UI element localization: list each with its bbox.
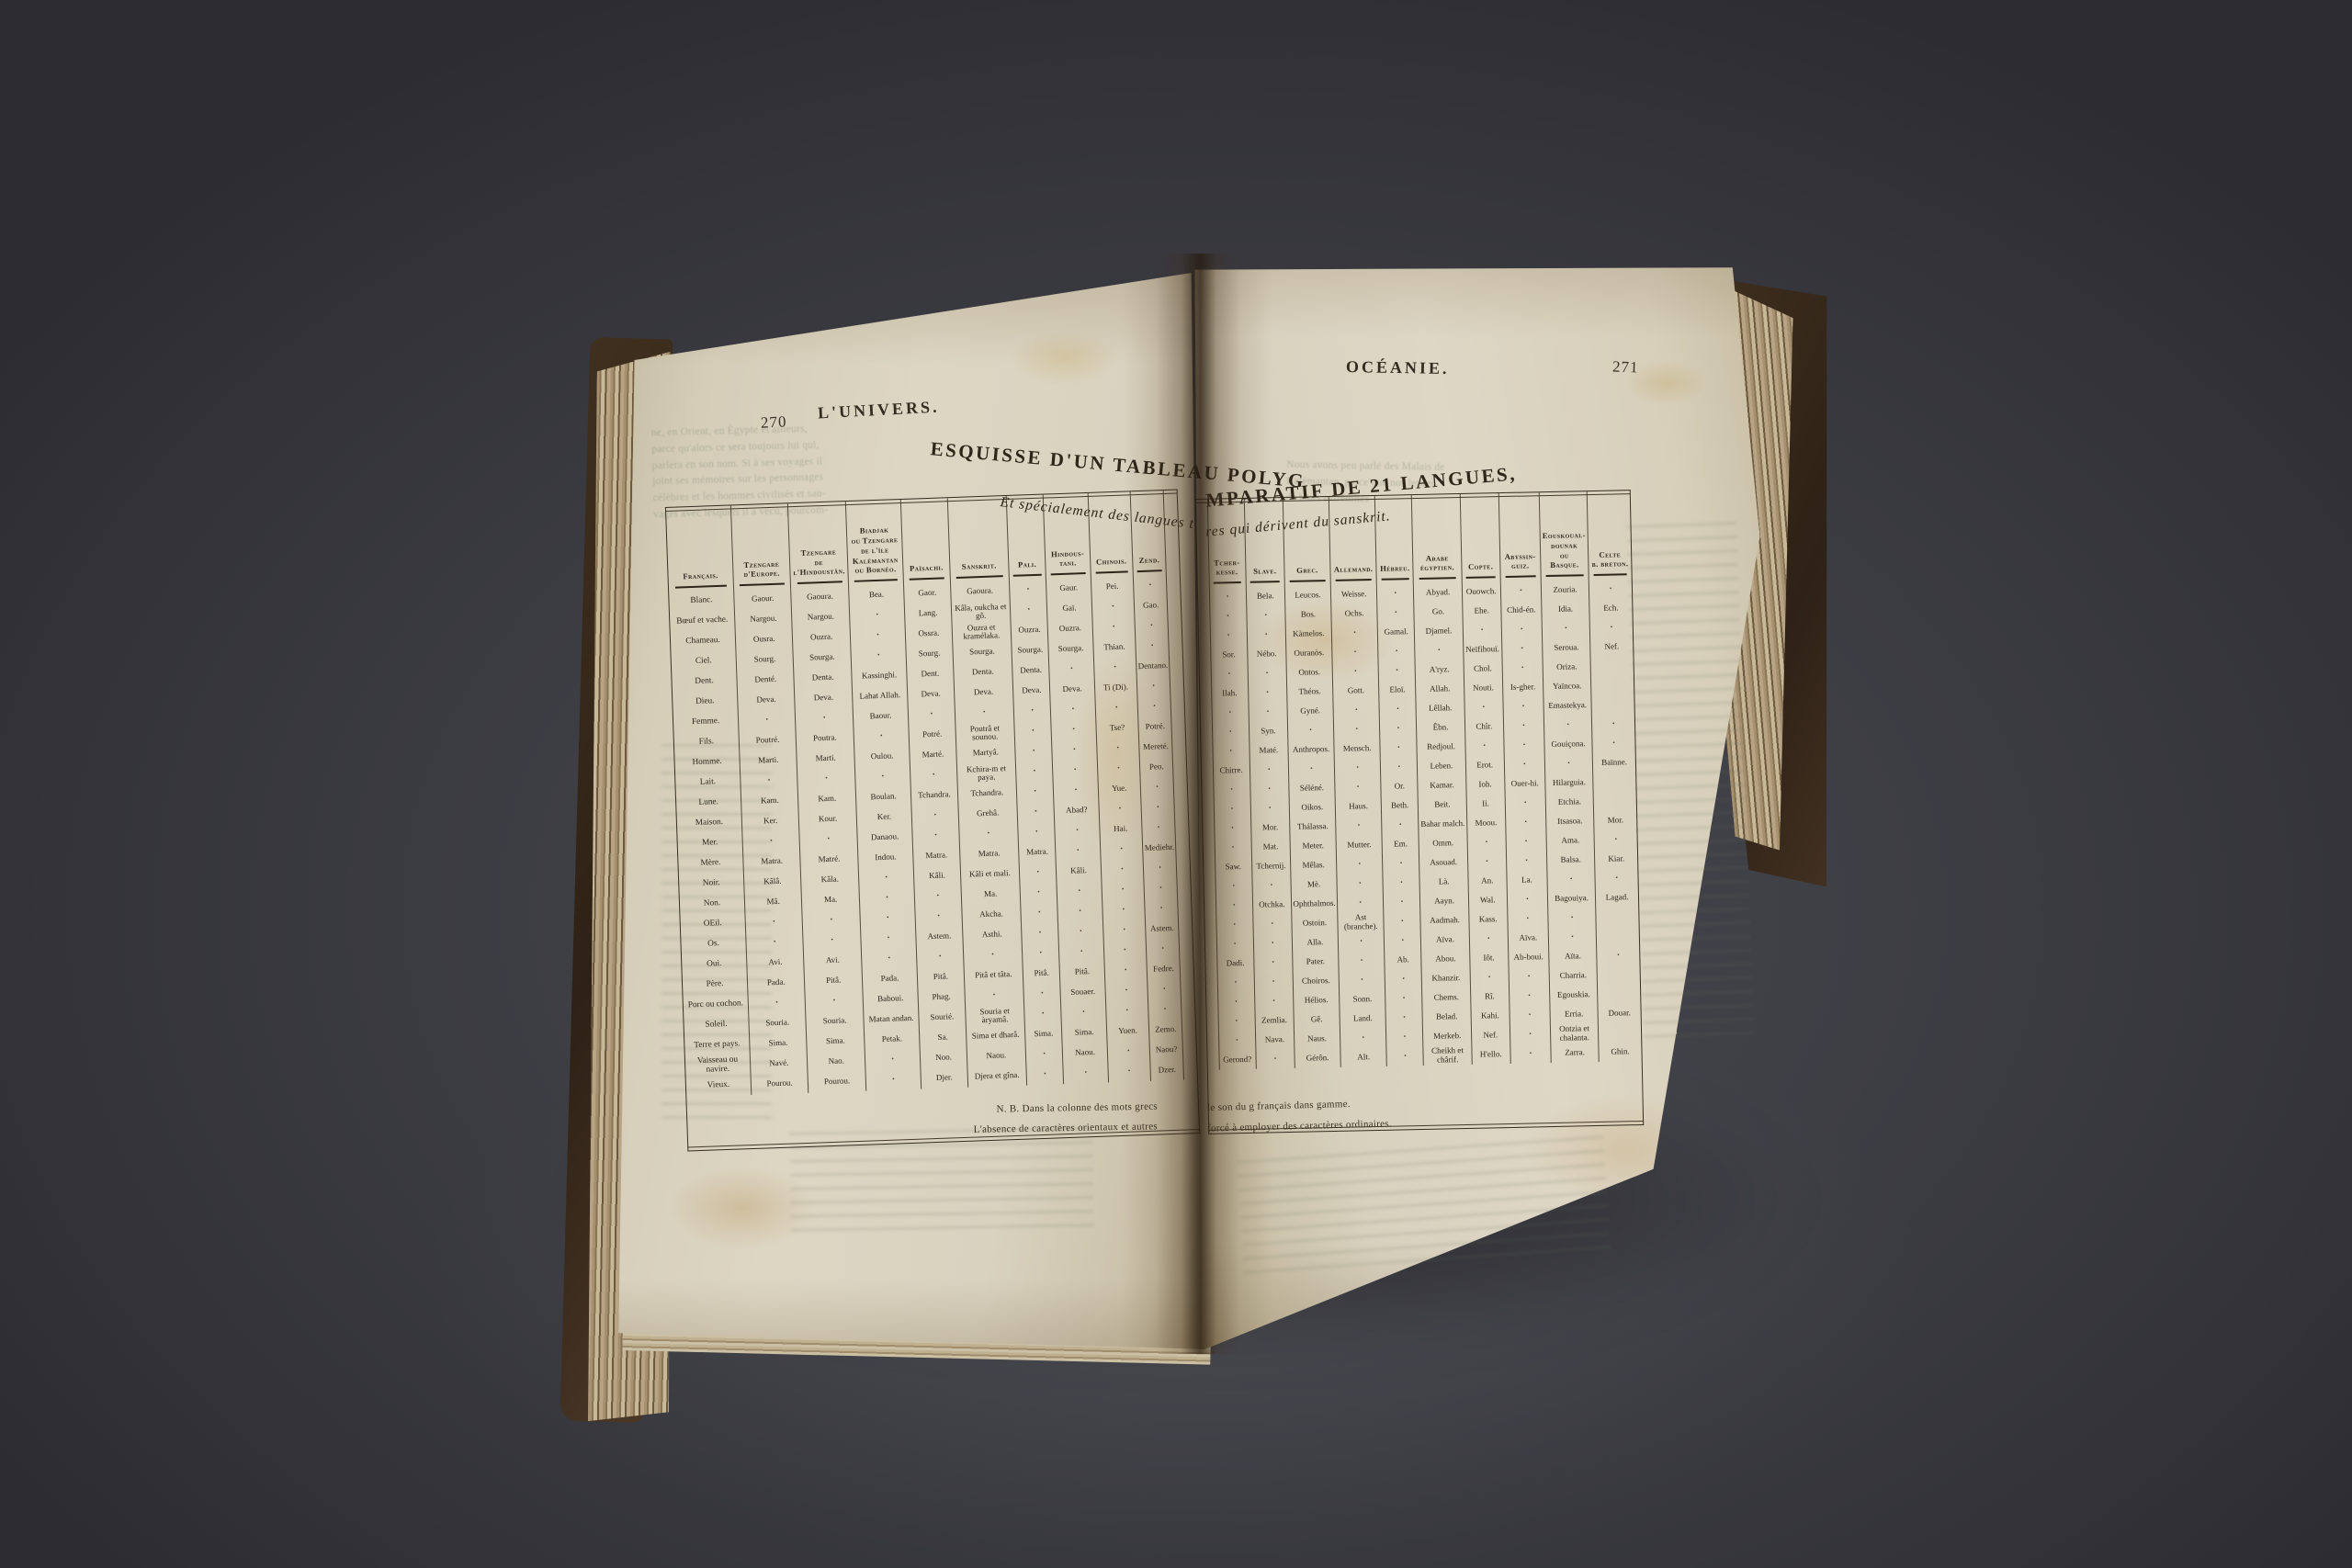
word-cell: • [958,823,1018,845]
word-cell [1199,626,1210,646]
word-cell: • [1144,878,1178,899]
word-cell [1169,635,1182,655]
word-cell: • [1544,753,1593,773]
word-cell: • [1058,921,1103,943]
column-header-right-2: Tcher- kesse. [1207,499,1246,588]
word-cell: • [1336,816,1383,836]
word-cell [1593,772,1636,792]
word-cell: • [742,830,800,852]
word-cell: Tse? [1095,717,1138,739]
word-cell: • [1216,934,1254,954]
word-cell: • [1055,820,1100,842]
word-cell [1203,800,1214,819]
word-cell: Nargou. [734,608,792,630]
word-cell: • [1017,801,1055,822]
word-cell: Kchira-m et paya. [956,762,1016,784]
word-cell: • [1337,874,1384,894]
word-cell [1205,954,1216,974]
word-cell: Ab-boui. [1508,947,1549,967]
word-cell [1182,1019,1196,1039]
row-label: Porc ou cochon. [684,994,749,1016]
word-cell [1173,776,1187,796]
word-cell: • [741,770,798,792]
column-header-right-8: Copte. [1460,493,1500,582]
word-cell: Ti (Di). [1094,677,1137,699]
word-cell: Mat. [1251,837,1291,857]
word-cell: Yue. [1098,778,1141,800]
word-cell: • [1140,777,1174,798]
word-cell: • [1469,929,1509,949]
word-cell: Deva. [795,687,853,709]
word-cell: • [1133,575,1167,596]
word-cell: Deva. [737,689,795,711]
word-cell: Hélios. [1293,990,1340,1010]
word-cell: • [915,906,962,928]
word-cell: Indou. [857,847,913,869]
word-cell: • [1101,859,1144,881]
word-cell: Nef. [1590,637,1634,657]
word-cell: • [1383,873,1420,893]
word-cell: • [1016,781,1054,802]
word-cell: Gaoura. [950,581,1010,603]
word-cell: • [1104,960,1148,982]
word-cell [1179,918,1193,938]
row-label: Terre et pays. [684,1034,750,1056]
word-cell: • [1510,1043,1552,1064]
word-cell: Ma. [802,889,860,911]
word-cell: • [1470,967,1510,987]
word-cell: Aadmah. [1420,910,1469,931]
word-cell: Nava. [1255,1030,1295,1050]
word-cell: Ii. [1466,794,1506,814]
word-cell: • [1386,1046,1424,1066]
word-cell: Djer. [921,1067,967,1089]
word-cell: Sor. [1210,645,1248,665]
word-cell: Sima. [1024,1023,1062,1044]
word-cell: • [1381,757,1419,777]
word-cell: • [1216,915,1253,935]
right-page-number: 271 [1612,358,1639,378]
word-cell: Danaou. [857,827,913,849]
word-cell: • [1212,722,1249,742]
word-cell: Abyad. [1414,582,1463,603]
word-cell: Boulan. [855,786,911,808]
word-cell: Abou. [1421,949,1470,969]
word-cell: Denta. [953,661,1012,683]
word-cell: Nef. [1471,1025,1510,1045]
word-cell [1170,675,1183,695]
word-cell: Redjoul. [1417,737,1465,757]
word-cell: Dadi. [1216,953,1254,974]
word-cell: Pitâ et tâta. [964,964,1023,987]
word-cell: Séléné. [1289,778,1336,798]
word-cell: • [1212,741,1249,761]
word-cell: • [1053,780,1098,802]
word-cell: • [1510,1005,1551,1025]
word-cell: Sima. [750,1032,808,1055]
row-label: Fils. [674,731,740,753]
column-header-right-4: Grec. [1283,497,1330,586]
word-cell: • [1332,661,1379,682]
word-cell: Gérôn. [1295,1048,1341,1068]
word-cell: Ouzra et kramélaka. [952,621,1012,643]
word-cell: Alla. [1292,932,1339,953]
word-cell: Go. [1414,602,1463,622]
word-cell: Sourié. [919,1007,966,1029]
word-cell: Merkeb. [1423,1026,1472,1046]
word-cell: Baïnne. [1592,752,1635,773]
word-cell: Or. [1381,776,1419,796]
word-cell: • [1384,931,1421,951]
word-cell: Itsasoa. [1546,811,1595,831]
word-cell: Abad? [1054,800,1099,822]
row-label: Dieu. [673,691,738,713]
word-cell: Haus. [1335,796,1382,817]
word-cell: • [1542,618,1590,638]
column-header-right-10: Eouskoual- dounak ou Basque. [1539,491,1589,581]
word-cell: Martyâ. [955,742,1015,764]
word-cell: Kâli. [1057,861,1102,883]
word-cell [1168,615,1182,635]
row-label: Blanc. [669,590,734,612]
word-cell: • [1331,623,1378,643]
word-cell [1207,1051,1218,1070]
word-cell [1204,916,1216,935]
word-cell: Iôt. [1469,948,1509,968]
word-cell: • [1385,969,1422,989]
word-cell: Tchandra. [957,783,1017,805]
row-label: Lune. [676,792,741,814]
word-cell: • [1589,579,1632,599]
word-cell: Gouiçona. [1544,734,1593,754]
word-cell: • [861,948,917,970]
word-cell: Naou. [967,1045,1026,1067]
word-cell: • [1467,852,1507,872]
word-cell: Choiros. [1293,971,1340,991]
word-cell: Fedre. [1147,959,1181,980]
word-cell: • [1383,853,1420,874]
row-label: Os. [681,933,746,955]
word-cell: Sourga. [1048,638,1093,660]
word-cell: Em. [1382,834,1419,854]
word-cell: Pitâ. [805,970,863,992]
word-cell [1596,907,1639,927]
word-cell: Aayn. [1420,891,1469,911]
word-cell: Oriza. [1543,657,1591,677]
word-cell: • [796,707,854,729]
word-cell: • [1510,1024,1551,1044]
word-cell: Ehe. [1462,601,1501,621]
word-cell: Nargou. [792,606,850,628]
word-cell: • [1049,659,1094,681]
word-cell: Kour. [798,808,856,830]
word-cell: Weisse. [1330,584,1377,604]
word-cell [1204,839,1215,858]
row-label: Vieux. [686,1075,752,1097]
word-cell: Leucos. [1284,585,1331,605]
word-cell: Aïva. [1508,928,1549,948]
word-cell: Douar. [1598,1003,1641,1023]
row-label: Mère. [678,852,743,874]
word-cell: • [1214,818,1251,839]
word-cell: Souria. [806,1010,864,1032]
word-cell: • [1108,1061,1151,1083]
word-cell: Balsa. [1546,850,1595,870]
word-cell: • [1246,605,1285,626]
word-cell: Ech. [1589,598,1633,618]
word-cell: Ophthalmos. [1291,894,1338,914]
word-cell [1176,857,1190,877]
column-header-left-10: Zend. [1130,491,1166,576]
word-cell [1182,998,1195,1019]
column-header-left-1: Français. [666,505,734,592]
word-cell: • [1467,832,1507,852]
word-cell: • [1248,682,1287,703]
word-cell: • [1015,740,1053,761]
word-cell: Tchandra. [910,784,957,807]
column-header-left-2: Tzengare d'Europe. [730,503,791,590]
word-cell: • [1385,988,1423,1009]
word-cell: • [1063,1063,1108,1085]
word-cell: Meter. [1290,836,1337,856]
word-cell: • [1096,738,1139,760]
row-label: Maison. [677,812,742,834]
word-cell: • [1248,663,1287,683]
word-cell: Sourga. [1012,639,1049,660]
word-cell: • [1052,739,1097,761]
word-cell: Chirre. [1213,761,1250,781]
word-cell: Dzer. [1150,1060,1184,1081]
word-cell: Ousra. [735,628,793,650]
word-cell: Bagouiya. [1547,888,1596,908]
word-cell: Poutra. [796,728,854,750]
word-cell [1206,993,1217,1012]
word-cell: Ioh. [1465,774,1505,795]
column-header-right-9: Abyssin- guiz. [1498,492,1541,581]
word-cell: Akcha. [961,904,1021,926]
word-cell: Thian. [1092,637,1136,659]
word-cell: • [1380,718,1418,739]
word-cell: • [1213,780,1250,800]
word-cell: • [1333,719,1380,739]
column-header-right-11: Celte b. breton. [1587,491,1631,580]
word-cell: Astem. [1145,919,1179,940]
word-cell: Belad. [1422,1007,1471,1027]
word-cell: Allah. [1416,679,1464,699]
word-cell: Sourg. [906,643,953,665]
word-cell: Poutrâ et sounou. [955,722,1015,744]
word-cell [1181,978,1194,998]
word-cell: Ker. [856,807,912,829]
word-cell [1171,716,1185,736]
word-cell: • [1504,735,1545,755]
word-cell: Idia. [1542,599,1590,619]
word-cell: Chîr. [1464,716,1504,737]
word-cell: • [963,944,1023,966]
word-cell: • [1136,676,1170,697]
word-cell: Djamel. [1415,621,1464,641]
word-cell: • [738,709,796,731]
word-cell [1593,791,1636,811]
word-cell: Eloï. [1379,680,1417,700]
word-cell: • [802,909,860,931]
word-cell [1198,607,1209,626]
word-cell: Phag. [918,987,965,1009]
word-cell: • [1503,696,1544,716]
word-cell: • [1505,793,1546,813]
row-label: Soleil. [684,1014,749,1036]
word-cell: Wal. [1468,890,1508,910]
word-cell [1598,984,1641,1004]
word-cell: • [1105,1000,1148,1022]
word-cell: • [1214,799,1251,819]
word-cell: Asthi. [962,924,1022,946]
word-cell: Egouskia. [1549,985,1598,1005]
word-cell: Ab. [1385,950,1422,970]
word-cell: • [1506,851,1547,871]
word-cell: • [854,766,910,788]
word-cell: • [1502,658,1543,678]
word-cell: Lagad. [1595,887,1638,908]
word-cell: Kiar. [1595,849,1638,869]
word-cell: Emastekya. [1543,695,1592,716]
word-cell: Ouowch. [1462,581,1501,602]
word-cell: Pitâ. [1059,962,1104,984]
word-cell: • [1337,854,1384,874]
word-cell: Bela. [1246,586,1285,606]
word-cell: • [1597,945,1640,965]
word-cell: Beit. [1419,795,1467,815]
word-cell: Gaï. [1047,598,1092,620]
word-cell: • [1548,927,1597,947]
word-cell: • [1210,626,1248,646]
word-cell: Matra. [1019,841,1057,863]
word-cell: • [1091,596,1135,618]
word-cell: • [1384,911,1421,931]
word-cell: • [1013,700,1051,721]
word-cell: Ontzia et chalanta. [1550,1023,1599,1043]
word-cell: • [1217,973,1255,993]
word-cell: Cheikh et chârif. [1423,1045,1472,1066]
word-cell: Sima. [807,1031,865,1053]
word-cell: Leben. [1418,756,1466,776]
word-cell: • [1385,1008,1423,1028]
word-cell: Kamar. [1418,775,1466,795]
word-cell: • [1547,869,1596,889]
word-cell: • [745,911,803,933]
word-cell: • [1056,840,1101,863]
word-cell [1201,723,1212,742]
word-cell: Gamal. [1377,622,1415,642]
word-cell: • [1256,1049,1295,1069]
word-cell: • [1141,797,1175,818]
word-cell: Potré. [909,724,955,746]
word-cell: Kam. [798,788,856,810]
word-cell: H'ello. [1471,1044,1510,1065]
word-cell: Bahar malch. [1419,814,1467,834]
word-cell: Dentano. [1136,656,1170,677]
row-label: Lait. [675,772,741,794]
word-cell: • [1377,603,1415,623]
word-cell [1173,756,1187,776]
word-cell: • [1217,992,1255,1012]
word-cell: Gaor. [904,582,951,604]
word-cell: • [1338,931,1385,952]
word-cell: Navé. [750,1053,808,1075]
word-cell [1204,877,1215,897]
word-cell: • [865,1049,921,1071]
word-cell: • [1212,703,1249,723]
word-cell: Anthropos. [1288,739,1335,760]
word-cell: Mêlas. [1290,855,1337,875]
word-cell [1198,588,1209,607]
word-cell [1202,761,1213,781]
word-cell: Gaoura. [791,586,849,608]
word-cell: • [914,886,961,908]
word-cell: Matré. [800,849,858,871]
word-cell: Aïva. [1421,930,1470,950]
word-cell: • [1218,1031,1256,1051]
word-cell: • [1463,620,1502,640]
word-cell: • [1252,875,1292,896]
word-cell: Djera et gîna. [967,1066,1027,1088]
word-cell: • [1334,758,1381,778]
word-cell [1200,684,1211,704]
row-label: Femme. [673,711,739,733]
word-cell: Gaur. [1046,578,1091,600]
word-cell: • [1508,908,1549,929]
word-cell: Kâli. [914,865,961,887]
word-cell: Pater. [1293,952,1340,972]
word-cell: Thálassa. [1289,817,1336,837]
word-cell: Ouer-hi. [1504,773,1545,794]
word-cell: Pitâ. [917,966,964,988]
column-header-left-4: Biadjak ou Tzengare de l'île Kalémantan … [845,500,904,586]
word-cell: Maté. [1249,740,1289,761]
word-cell: • [1509,966,1550,987]
word-cell: Oikos. [1289,797,1336,818]
word-cell: Souria et àryamâ. [965,1005,1024,1027]
word-cell: • [1050,699,1095,721]
word-cell: • [1137,696,1171,717]
word-cell: • [1415,640,1464,660]
word-cell [1176,837,1190,857]
word-cell [1201,742,1212,761]
word-cell: • [1548,908,1597,928]
word-cell: • [1025,1043,1063,1065]
word-cell: Hilarguia. [1545,773,1594,793]
word-cell: • [1215,876,1252,897]
word-cell: • [1501,619,1543,639]
word-cell: • [799,829,857,851]
word-cell: Mor. [1250,818,1290,838]
word-cell: Sonn. [1340,989,1386,1010]
word-cell: Deva. [908,683,955,705]
word-cell: Zarra. [1551,1043,1600,1063]
word-cell: • [1253,914,1293,934]
word-cell [1174,796,1188,817]
column-header-right-7: Arabe égyptien. [1412,494,1462,583]
word-cell: Kâla. [801,869,859,891]
word-cell: • [1506,831,1547,852]
word-cell: Bea. [848,584,904,606]
word-cell: • [1019,862,1057,883]
word-cell: Asouad. [1419,852,1468,873]
word-cell: Kam. [741,790,798,812]
word-cell [1202,781,1213,800]
word-cell: Gott. [1333,681,1380,701]
word-cell: Gê. [1294,1010,1340,1030]
